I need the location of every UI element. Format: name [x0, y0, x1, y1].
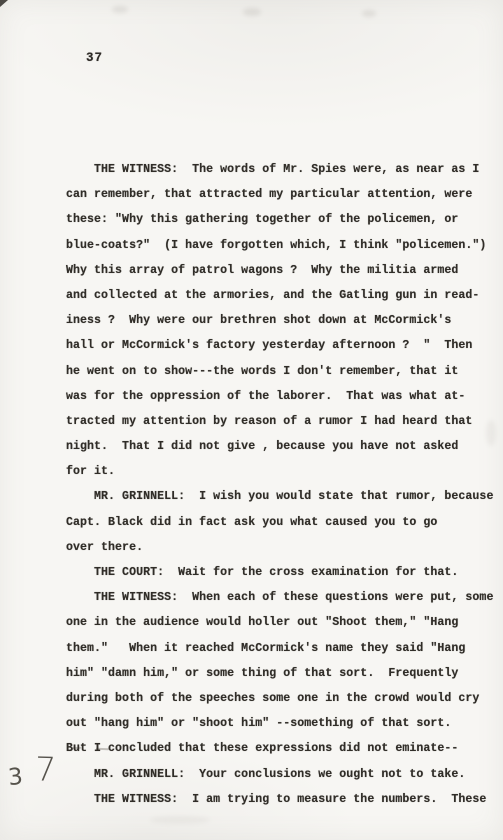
- scan-smudge: [243, 8, 261, 16]
- transcript-line: iness ? Why were our brethren shot down …: [66, 308, 496, 333]
- transcript-line: THE WITNESS: I am trying to measure the …: [66, 787, 496, 812]
- handwritten-digit: 3: [7, 764, 24, 791]
- transcript-line: THE COURT: Wait for the cross examinatio…: [66, 560, 496, 585]
- transcript-line: MR. GRINNELL: I wish you would state tha…: [66, 484, 496, 509]
- scan-smudge: [150, 816, 210, 824]
- transcript-line: out "hang him" or "shoot him" --somethin…: [66, 711, 496, 736]
- transcript-line: he went on to show---the words I don't r…: [66, 359, 496, 384]
- transcript-line: these: "Why this gathering together of t…: [66, 207, 496, 232]
- transcript-line: can remember, that attracted my particul…: [66, 182, 496, 207]
- transcript-line: night. That I did not give , because you…: [66, 434, 496, 459]
- transcript-line: blue-coats?" (I have forgotten which, I …: [66, 233, 496, 258]
- transcript-line: THE WITNESS: When each of these question…: [66, 585, 496, 610]
- transcript-line: THE WITNESS: The words of Mr. Spies were…: [66, 157, 496, 182]
- transcript-line: Why this array of patrol wagons ? Why th…: [66, 258, 496, 283]
- handwritten-digit: 7: [34, 749, 56, 789]
- transcript-line: and collected at the armories, and the G…: [66, 283, 496, 308]
- typed-page-number: 37: [86, 51, 103, 65]
- transcript-line: hall or McCormick's factory yesterday af…: [66, 333, 496, 358]
- transcript-line: during both of the speeches some one in …: [66, 686, 496, 711]
- transcript-body: THE WITNESS: The words of Mr. Spies were…: [66, 157, 496, 812]
- transcript-line: was for the oppression of the laborer. T…: [66, 384, 496, 409]
- transcript-line: Capt. Black did in fact ask you what cau…: [66, 510, 496, 535]
- transcript-line: him" "damn him," or some thing of that s…: [66, 661, 496, 686]
- scan-speck-corner: [0, 0, 8, 7]
- transcript-line: over there.: [66, 535, 496, 560]
- scan-smudge: [112, 6, 128, 13]
- transcript-line: But I concluded that these expressions d…: [66, 736, 496, 761]
- transcript-line: tracted my attention by reason of a rumo…: [66, 409, 496, 434]
- transcript-line: them." When it reached McCormick's name …: [66, 636, 496, 661]
- transcript-line: one in the audience would holler out "Sh…: [66, 610, 496, 635]
- transcript-line: for it.: [66, 459, 496, 484]
- scan-smudge: [362, 10, 376, 17]
- transcript-line: MR. GRINNELL: Your conclusions we ought …: [66, 762, 496, 787]
- handwritten-page-number: 37: [7, 749, 56, 789]
- scanned-transcript-page: 37 THE WITNESS: The words of Mr. Spies w…: [0, 0, 503, 840]
